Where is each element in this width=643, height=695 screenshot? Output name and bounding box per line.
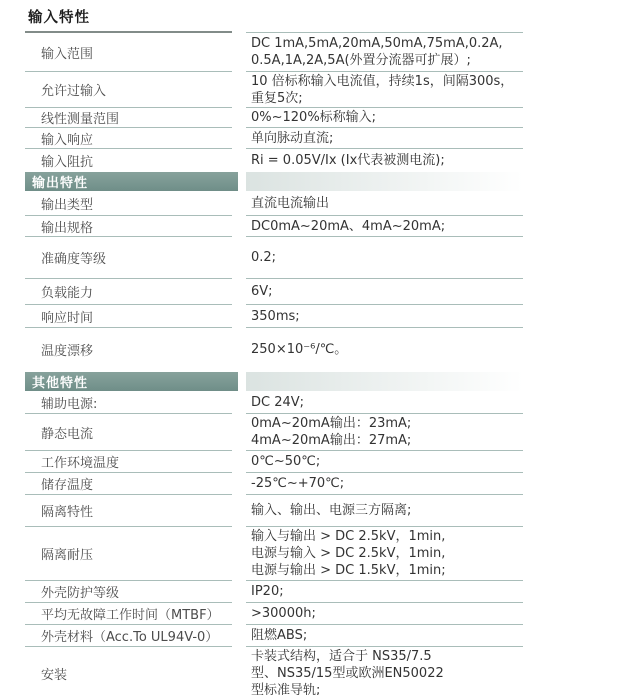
table-row: 输出类型 直流电流输出 <box>25 191 643 216</box>
row-label: 工作环境温度 <box>25 451 232 473</box>
section-header-output: 输出特性 <box>25 172 643 191</box>
table-title-row: 输入特性 <box>25 4 643 33</box>
table-row: 外壳防护等级 IP20; <box>25 581 643 603</box>
row-value: 阻燃ABS; <box>246 625 523 647</box>
row-value: 10 倍标称输入电流值，持续1s，间隔300s， 重复5次; <box>246 72 523 108</box>
column-gap <box>232 216 246 237</box>
table-row: 准确度等级 0.2; <box>25 237 643 279</box>
table-row: 静态电流 0mA~20mA输出：23mA; 4mA~20mA输出：27mA; <box>25 414 643 451</box>
column-gap <box>232 581 246 603</box>
row-value: >30000h; <box>246 603 523 625</box>
row-value: Ri = 0.05V/Ix (Ix代表被测电流); <box>246 149 523 171</box>
table-row: 允许过输入 10 倍标称输入电流值，持续1s，间隔300s， 重复5次; <box>25 72 643 108</box>
row-value: 直流电流输出 <box>246 191 523 216</box>
row-label: 隔离特性 <box>25 495 232 527</box>
row-value: -25℃~+70℃; <box>246 473 523 495</box>
table-row: 温度漂移 250×10⁻⁶/℃。 <box>25 328 643 371</box>
row-label: 输入范围 <box>25 33 232 72</box>
column-gap <box>232 108 246 128</box>
row-value: 单向脉动直流; <box>246 128 523 149</box>
row-label: 辅助电源: <box>25 391 232 414</box>
row-label: 温度漂移 <box>25 328 232 371</box>
row-label: 安装 <box>25 647 232 695</box>
row-label: 储存温度 <box>25 473 232 495</box>
table-row: 辅助电源: DC 24V; <box>25 391 643 414</box>
table-row: 输入范围 DC 1mA,5mA,20mA,50mA,75mA,0.2A, 0.5… <box>25 33 643 72</box>
column-gap <box>238 372 246 391</box>
table-row: 线性测量范围 0%~120%标称输入; <box>25 108 643 128</box>
section-header-title: 其他特性 <box>25 372 238 391</box>
row-value: 0mA~20mA输出：23mA; 4mA~20mA输出：27mA; <box>246 414 523 451</box>
column-gap <box>232 647 246 695</box>
row-value: IP20; <box>246 581 523 603</box>
table-row: 隔离耐压 输入与输出 > DC 2.5kV，1min, 电源与输入 > DC 2… <box>25 527 643 581</box>
column-gap <box>232 72 246 108</box>
table-row: 储存温度 -25℃~+70℃; <box>25 473 643 495</box>
column-gap <box>232 328 246 371</box>
column-gap <box>232 391 246 414</box>
column-gap <box>232 495 246 527</box>
column-gap <box>232 451 246 473</box>
column-gap <box>232 33 246 72</box>
row-value: 0%~120%标称输入; <box>246 108 523 128</box>
value-column-topline <box>246 23 523 33</box>
row-label: 负载能力 <box>25 279 232 305</box>
column-gap <box>232 149 246 171</box>
row-label: 平均无故障工作时间（MTBF） <box>25 603 232 625</box>
column-gap <box>232 603 246 625</box>
row-value: 输入、输出、电源三方隔离; <box>246 495 523 527</box>
table-row: 负载能力 6V; <box>25 279 643 305</box>
row-label: 线性测量范围 <box>25 108 232 128</box>
row-label: 静态电流 <box>25 414 232 451</box>
column-gap <box>232 414 246 451</box>
column-gap <box>232 527 246 581</box>
column-gap <box>232 191 246 216</box>
table-row: 输入响应 单向脉动直流; <box>25 128 643 149</box>
row-label: 准确度等级 <box>25 237 232 279</box>
row-value: DC 1mA,5mA,20mA,50mA,75mA,0.2A, 0.5A,1A,… <box>246 33 523 72</box>
table-row: 平均无故障工作时间（MTBF） >30000h; <box>25 603 643 625</box>
table-row: 安装 卡装式结构，适合于 NS35/7.5 型、NS35/15型或欧洲EN500… <box>25 647 643 695</box>
row-value: 输入与输出 > DC 2.5kV，1min, 电源与输入 > DC 2.5kV，… <box>246 527 523 581</box>
section-header-strip <box>246 372 523 391</box>
table-row: 外壳材料（Acc.To UL94V-0） 阻燃ABS; <box>25 625 643 647</box>
row-label: 输入阻抗 <box>25 149 232 171</box>
page-title: 输入特性 <box>25 4 232 33</box>
section-header-strip <box>246 172 523 191</box>
table-row: 隔离特性 输入、输出、电源三方隔离; <box>25 495 643 527</box>
row-label: 外壳防护等级 <box>25 581 232 603</box>
section-header-title: 输出特性 <box>25 172 238 191</box>
row-value: 卡装式结构，适合于 NS35/7.5 型、NS35/15型或欧洲EN50022 … <box>246 647 523 695</box>
section-header-other: 其他特性 <box>25 372 643 391</box>
row-value: DC 24V; <box>246 391 523 414</box>
column-gap <box>232 237 246 279</box>
row-value: 0.2; <box>246 237 523 279</box>
column-gap <box>232 305 246 328</box>
column-gap <box>238 172 246 191</box>
row-label: 允许过输入 <box>25 72 232 108</box>
row-label: 输出类型 <box>25 191 232 216</box>
table-row: 输入阻抗 Ri = 0.05V/Ix (Ix代表被测电流); <box>25 149 643 171</box>
row-label: 隔离耐压 <box>25 527 232 581</box>
row-value: 350ms; <box>246 305 523 328</box>
row-label: 输入响应 <box>25 128 232 149</box>
spec-sheet: 输入特性 输入范围 DC 1mA,5mA,20mA,50mA,75mA,0.2A… <box>0 0 643 695</box>
table-row: 工作环境温度 0℃~50℃; <box>25 451 643 473</box>
table-row: 输出规格 DC0mA~20mA、4mA~20mA; <box>25 216 643 237</box>
column-gap <box>232 279 246 305</box>
row-value: DC0mA~20mA、4mA~20mA; <box>246 216 523 237</box>
row-label: 响应时间 <box>25 305 232 328</box>
column-gap <box>232 128 246 149</box>
table-row: 响应时间 350ms; <box>25 305 643 328</box>
column-gap <box>232 625 246 647</box>
row-value: 6V; <box>246 279 523 305</box>
row-value: 250×10⁻⁶/℃。 <box>246 328 523 371</box>
row-label: 输出规格 <box>25 216 232 237</box>
column-gap <box>232 473 246 495</box>
row-label: 外壳材料（Acc.To UL94V-0） <box>25 625 232 647</box>
row-value: 0℃~50℃; <box>246 451 523 473</box>
